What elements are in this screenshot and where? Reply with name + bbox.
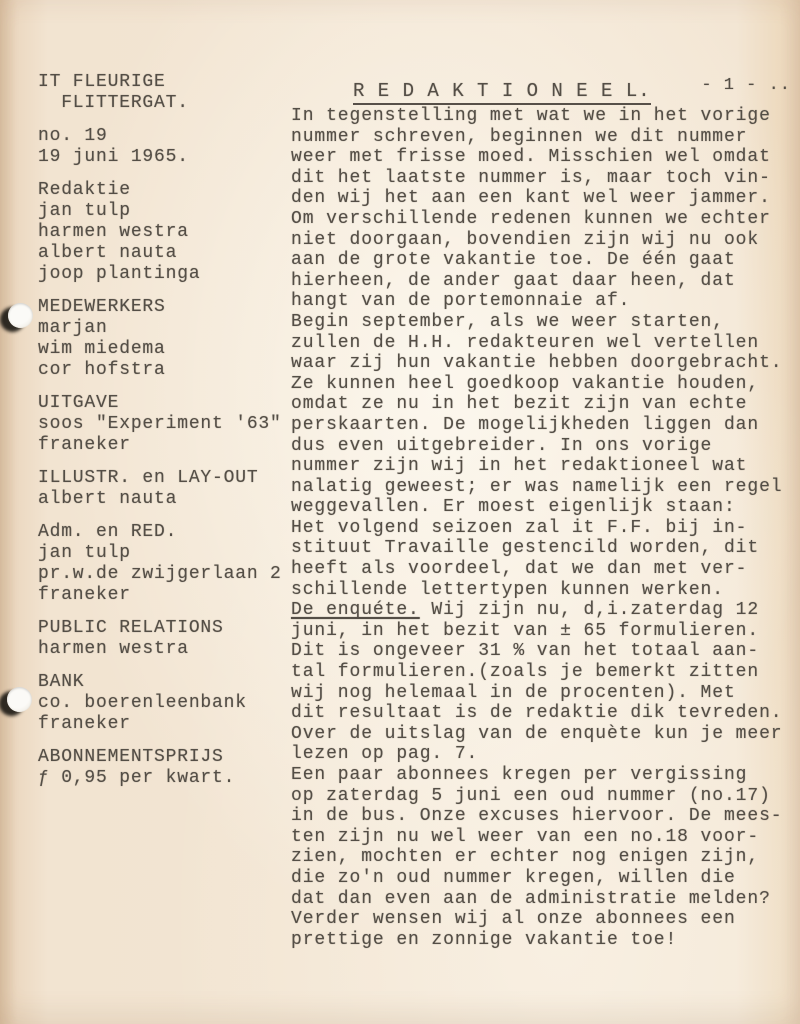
body-line: op zaterdag 5 juni een oud nummer (no.17… (291, 786, 793, 807)
body-line: Ze kunnen heel goedkoop vakantie houden, (291, 374, 793, 395)
body-line: die zo'n oud nummer kregen, willen die (291, 868, 793, 889)
masthead-line: franeker (38, 585, 290, 606)
article-title: R E D A K T I O N E E L. (353, 80, 651, 105)
masthead-block: ILLUSTR. en LAY-OUTalbert nauta (38, 468, 290, 510)
masthead-block: ABONNEMENTSPRIJSƒ 0,95 per kwart. (38, 747, 290, 789)
masthead-block: BANKco. boerenleenbankfraneker (38, 672, 290, 735)
masthead-block: no. 1919 juni 1965. (38, 126, 290, 168)
masthead-line: albert nauta (38, 243, 290, 264)
body-line: dit resultaat is de redaktie dik tevrede… (291, 703, 793, 724)
body-line: dat dan even aan de administratie melden… (291, 889, 793, 910)
masthead-line: wim miedema (38, 339, 290, 360)
masthead-line: pr.w.de zwijgerlaan 2 (38, 564, 290, 585)
body-line: De enquéte. Wij zijn nu, d,i.zaterdag 12 (291, 600, 793, 621)
body-line: juni, in het bezit van ± 65 formulieren. (291, 621, 793, 642)
body-line: lezen op pag. 7. (291, 744, 793, 765)
masthead-line: co. boerenleenbank (38, 693, 290, 714)
masthead-line: franeker (38, 435, 290, 456)
masthead-block: Redaktiejan tulpharmen westraalbert naut… (38, 180, 290, 285)
body-line: ten zijn nu wel weer van een no.18 voor- (291, 827, 793, 848)
body-line: omdat ze nu in het bezit zijn van echte (291, 394, 793, 415)
body-line: Over de uitslag van de enquète kun je me… (291, 724, 793, 745)
masthead-line: no. 19 (38, 126, 290, 147)
editorial-column: R E D A K T I O N E E L. - 1 - .. In teg… (291, 80, 793, 950)
masthead-line: ABONNEMENTSPRIJS (38, 747, 290, 768)
body-line: Verder wensen wij al onze abonnees een (291, 909, 793, 930)
body-line: schillende lettertypen kunnen werken. (291, 580, 793, 601)
binder-hole-top (8, 303, 33, 328)
masthead-line: harmen westra (38, 222, 290, 243)
masthead-line: jan tulp (38, 543, 290, 564)
masthead-line: joop plantinga (38, 264, 290, 285)
masthead-line: MEDEWERKERS (38, 297, 290, 318)
body-line: hangt van de portemonnaie af. (291, 291, 793, 312)
masthead-line: FLITTERGAT. (38, 93, 290, 114)
body-line: prettige en zonnige vakantie toe! (291, 930, 793, 951)
masthead-line: BANK (38, 672, 290, 693)
body-line: Begin september, als we weer starten, (291, 312, 793, 333)
body-line: zullen de H.H. redakteuren wel vertellen (291, 333, 793, 354)
masthead-block: Adm. en RED.jan tulppr.w.de zwijgerlaan … (38, 522, 290, 606)
body-line: aan de grote vakantie toe. De één gaat (291, 250, 793, 271)
masthead-block: UITGAVEsoos "Experiment '63"franeker (38, 393, 290, 456)
body-line: In tegenstelling met wat we in het vorig… (291, 106, 793, 127)
masthead-line: UITGAVE (38, 393, 290, 414)
body-line: heeft als voordeel, dat we dan met ver- (291, 559, 793, 580)
masthead-line: jan tulp (38, 201, 290, 222)
body-line: nummer zijn wij in het redaktioneel wat (291, 456, 793, 477)
masthead-line: harmen westra (38, 639, 290, 660)
body-line: zien, mochten er echter nog enigen zijn, (291, 847, 793, 868)
title-row: R E D A K T I O N E E L. - 1 - .. (291, 80, 793, 103)
body-line: hierheen, de ander gaat daar heen, dat (291, 271, 793, 292)
masthead-line: ƒ 0,95 per kwart. (38, 768, 290, 789)
body-line: waar zij hun vakantie hebben doorgebrach… (291, 353, 793, 374)
masthead-line: PUBLIC RELATIONS (38, 618, 290, 639)
body-line: tal formulieren.(zoals je bemerkt zitten (291, 662, 793, 683)
body-line: nummer schreven, beginnen we dit nummer (291, 127, 793, 148)
masthead-column: IT FLEURIGE FLITTERGAT.no. 1919 juni 196… (38, 72, 290, 801)
page-number: - 1 - .. (701, 76, 791, 95)
masthead-line: soos "Experiment '63" (38, 414, 290, 435)
masthead-line: Adm. en RED. (38, 522, 290, 543)
body-line: Het volgend seizoen zal it F.F. bij in- (291, 518, 793, 539)
masthead-line: franeker (38, 714, 290, 735)
body-line: stituut Travaille gestencild worden, dit (291, 538, 793, 559)
body-line: den wij het aan een kant wel weer jammer… (291, 188, 793, 209)
masthead-line: IT FLEURIGE (38, 72, 290, 93)
body-line: Dit is ongeveer 31 % van het totaal aan- (291, 641, 793, 662)
masthead-line: 19 juni 1965. (38, 147, 290, 168)
masthead-line: cor hofstra (38, 360, 290, 381)
masthead-line: Redaktie (38, 180, 290, 201)
underlined-phrase: De enquéte. (291, 600, 420, 620)
body-line: Om verschillende redenen kunnen we echte… (291, 209, 793, 230)
body-line: dus even uitgebreider. In ons vorige (291, 436, 793, 457)
body-line: dit het laatste nummer is, maar toch vin… (291, 168, 793, 189)
body-line: in de bus. Onze excuses hiervoor. De mee… (291, 806, 793, 827)
masthead-line: marjan (38, 318, 290, 339)
masthead-block: PUBLIC RELATIONSharmen westra (38, 618, 290, 660)
body-line: nalatig geweest; er was namelijk een reg… (291, 477, 793, 498)
body-line: Een paar abonnees kregen per vergissing (291, 765, 793, 786)
body-line: weer met frisse moed. Misschien wel omda… (291, 147, 793, 168)
binder-hole-bottom (7, 687, 32, 712)
body-line: weggevallen. Er moest eigenlijk staan: (291, 497, 793, 518)
body-line: wij nog helemaal in de procenten). Met (291, 683, 793, 704)
body-line: niet doorgaan, bovendien zijn wij nu ook (291, 230, 793, 251)
scanned-paper-page: IT FLEURIGE FLITTERGAT.no. 1919 juni 196… (0, 0, 800, 1024)
masthead-line: albert nauta (38, 489, 290, 510)
masthead-line: ILLUSTR. en LAY-OUT (38, 468, 290, 489)
masthead-block: MEDEWERKERSmarjanwim miedemacor hofstra (38, 297, 290, 381)
body-line: perskaarten. De mogelijkheden liggen dan (291, 415, 793, 436)
editorial-body: In tegenstelling met wat we in het vorig… (291, 106, 793, 950)
masthead-block: IT FLEURIGE FLITTERGAT. (38, 72, 290, 114)
